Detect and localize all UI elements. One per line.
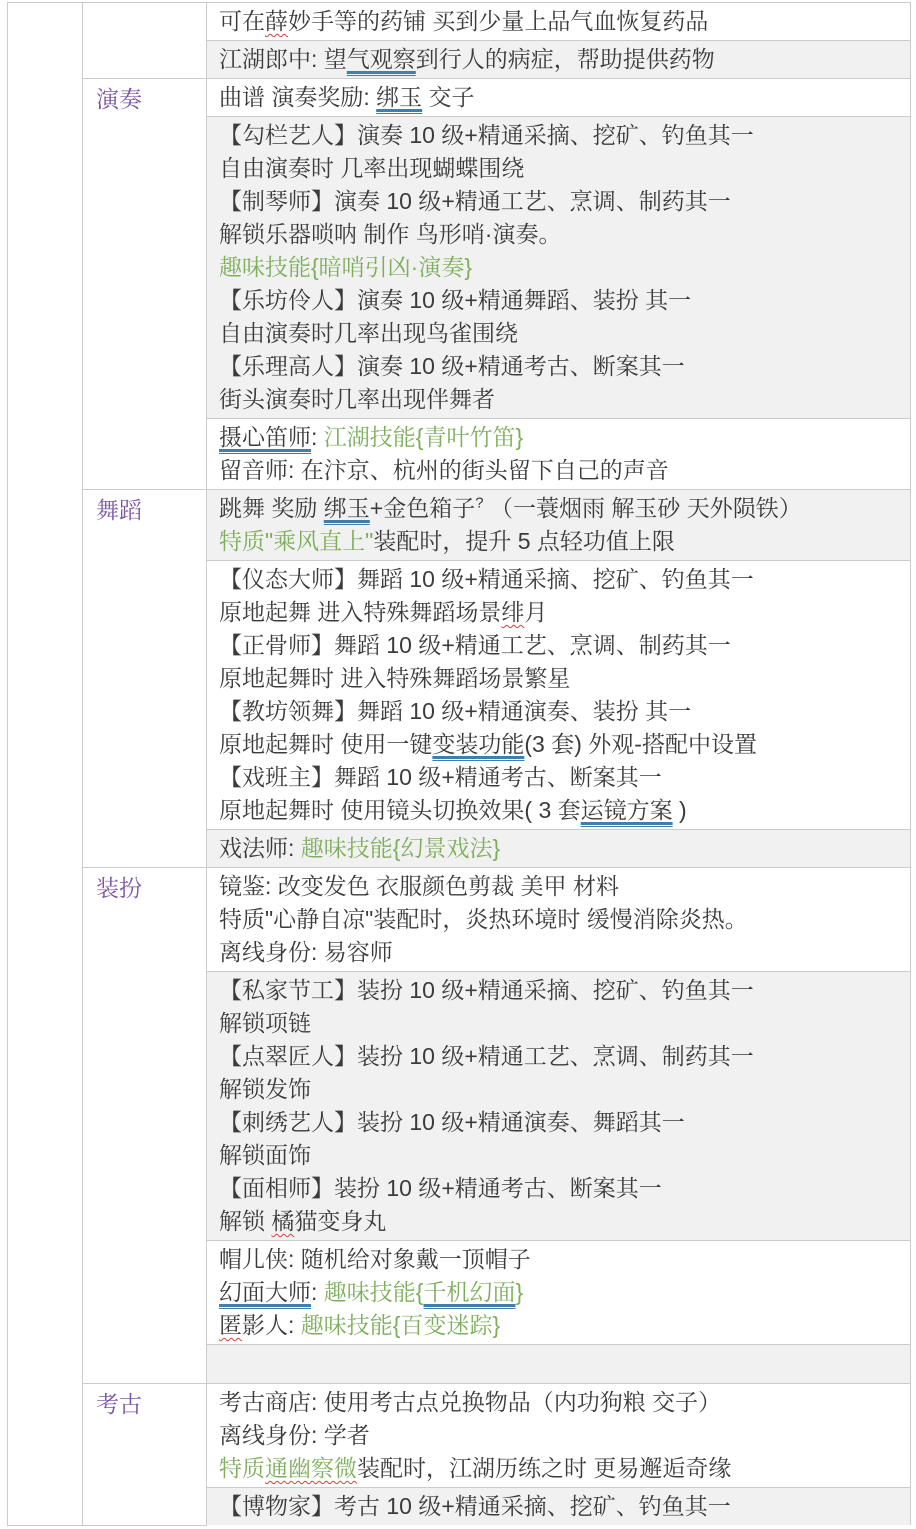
text-segment: 【面相师】装扮 10 级+精通考古、断案其一 [219, 1175, 662, 1201]
text-segment: 【戏班主】舞蹈 10 级+精通考古、断案其一 [219, 764, 662, 790]
text-segment: 绯 [501, 599, 524, 625]
text-line: 离线身份: 学者 [219, 1419, 900, 1452]
text-line: 跳舞 奖励 绑玉+金色箱子? （一蓑烟雨 解玉砂 天外陨铁） [219, 492, 900, 525]
text-line: 【点翠匠人】装扮 10 级+精通工艺、烹调、制药其一 [219, 1040, 900, 1073]
text-segment: 镜鉴: 改变发色 衣服颜色剪裁 美甲 材料 [219, 873, 619, 899]
document-page: 可在薛妙手等的药铺 买到少量上品气血恢复药品江湖郎中: 望气观察到行人的病症，帮… [0, 0, 916, 1526]
text-segment: 薛 [265, 8, 288, 34]
table-row: 演奏曲谱 演奏奖励: 绑玉 交子 [8, 79, 911, 117]
text-line: 【仪态大师】舞蹈 10 级+精通采摘、挖矿、钓鱼其一 [219, 563, 900, 596]
text-line: 匿影人: 趣味技能{百变迷踪} [219, 1309, 900, 1342]
text-segment: 【乐理高人】演奏 10 级+精通考古、断案其一 [219, 353, 685, 379]
text-line: 自由演奏时几率出现鸟雀围绕 [219, 317, 900, 350]
text-segment: 特质 [219, 1455, 265, 1481]
text-segment: 橘 [271, 1208, 294, 1234]
content-cell: 摄心笛师: 江湖技能{青叶竹笛}留音师: 在汴京、杭州的街头留下自己的声音 [207, 419, 911, 490]
text-segment: 千机幻面 [423, 1279, 515, 1305]
text-segment: 原地起舞时 进入特殊舞蹈场景繁星 [219, 665, 570, 691]
text-line: 特质"乘风直上"装配时，提升 5 点轻功值上限 [219, 525, 900, 558]
text-segment: 【仪态大师】舞蹈 10 级+精通采摘、挖矿、钓鱼其一 [219, 566, 754, 592]
text-segment: 特质"心静自凉"装配时，炎热环境时 缓慢消除炎热。 [219, 906, 748, 932]
text-segment: 【私家节工】装扮 10 级+精通采摘、挖矿、钓鱼其一 [219, 977, 754, 1003]
text-segment: ) [673, 797, 687, 823]
text-segment: 原地起舞时 使用镜头切换效果( 3 套 [219, 797, 581, 823]
text-segment: 幻面大师 [219, 1279, 311, 1305]
text-line: 原地起舞时 进入特殊舞蹈场景繁星 [219, 662, 900, 695]
text-segment: 妙手等的药铺 买到少量上品气血恢复药品 [288, 8, 708, 34]
text-segment: 到行人的病症，帮助提供药物 [416, 46, 715, 72]
text-segment: } [515, 1279, 523, 1305]
text-segment: 月 [524, 599, 547, 625]
text-line: 【刺绣艺人】装扮 10 级+精通演奏、舞蹈其一 [219, 1106, 900, 1139]
text-line: 街头演奏时几率出现伴舞者 [219, 383, 900, 416]
table-row: 舞蹈跳舞 奖励 绑玉+金色箱子? （一蓑烟雨 解玉砂 天外陨铁）特质"乘风直上"… [8, 490, 911, 561]
category-cell: 舞蹈 [83, 490, 207, 868]
text-line: 特质通幽察微装配时，江湖历练之时 更易邂逅奇缘 [219, 1452, 900, 1485]
text-segment: 【勾栏艺人】演奏 10 级+精通采摘、挖矿、钓鱼其一 [219, 122, 754, 148]
text-line: 离线身份: 易容师 [219, 936, 900, 969]
text-segment: 跳舞 奖励 [219, 495, 324, 521]
text-segment: 运镜方案 [581, 797, 673, 823]
category-label: 考古 [96, 1391, 142, 1417]
content-cell: 【勾栏艺人】演奏 10 级+精通采摘、挖矿、钓鱼其一自由演奏时 几率出现蝴蝶围绕… [207, 117, 911, 419]
text-segment: 【教坊领舞】舞蹈 10 级+精通演奏、装扮 其一 [219, 698, 691, 724]
text-segment: 趣味技能{暗哨引凶·演奏} [219, 254, 472, 280]
category-label: 舞蹈 [96, 497, 142, 523]
left-gutter-cell [8, 3, 83, 1526]
category-label: 演奏 [96, 86, 142, 112]
text-segment: 交子 [422, 84, 474, 110]
content-cell: 江湖郎中: 望气观察到行人的病症，帮助提供药物 [207, 41, 911, 79]
category-cell: 装扮 [83, 868, 207, 1384]
content-cell: 考古商店: 使用考古点兑换物品（内功狗粮 交子）离线身份: 学者特质通幽察微装配… [207, 1384, 911, 1488]
text-line: 【博物家】考古 10 级+精通采摘、挖矿、钓鱼其一 [219, 1490, 900, 1523]
text-segment: +金色箱子 [370, 495, 475, 521]
text-segment: 自由演奏时几率出现鸟雀围绕 [219, 320, 518, 346]
text-line: 【私家节工】装扮 10 级+精通采摘、挖矿、钓鱼其一 [219, 974, 900, 1007]
text-segment: 考古商店: 使用考古点兑换物品（内功狗粮 交子） [219, 1389, 721, 1415]
skills-table-body: 可在薛妙手等的药铺 买到少量上品气血恢复药品江湖郎中: 望气观察到行人的病症，帮… [8, 3, 911, 1526]
text-segment: 戏法师: [219, 835, 301, 861]
text-line: 【教坊领舞】舞蹈 10 级+精通演奏、装扮 其一 [219, 695, 900, 728]
text-line: 原地起舞时 使用一键变装功能(3 套) 外观-搭配中设置 [219, 728, 900, 761]
text-segment: 留音师: 在汴京、杭州的街头留下自己的声音 [219, 457, 669, 483]
text-line: 考古商店: 使用考古点兑换物品（内功狗粮 交子） [219, 1386, 900, 1419]
content-cell [207, 1345, 911, 1384]
text-segment: 原地起舞 进入特殊舞蹈场景 [219, 599, 501, 625]
text-segment: 装配时，提升 5 点轻功值上限 [373, 528, 675, 554]
text-line: 【面相师】装扮 10 级+精通考古、断案其一 [219, 1172, 900, 1205]
text-segment: 【正骨师】舞蹈 10 级+精通工艺、烹调、制药其一 [219, 632, 731, 658]
text-segment: 自由演奏时 几率出现蝴蝶围绕 [219, 155, 524, 181]
text-segment: 江湖技能{青叶竹笛} [324, 424, 523, 450]
text-line: 解锁乐器唢呐 制作 鸟形哨·演奏。 [219, 218, 900, 251]
text-line: 【制琴师】演奏 10 级+精通工艺、烹调、制药其一 [219, 185, 900, 218]
category-cell [83, 3, 207, 79]
content-cell: 戏法师: 趣味技能{幻景戏法} [207, 830, 911, 868]
text-line: 自由演奏时 几率出现蝴蝶围绕 [219, 152, 900, 185]
text-line: 曲谱 演奏奖励: 绑玉 交子 [219, 81, 900, 114]
text-segment: 趣味技能{ [324, 1279, 424, 1305]
text-line: 【乐坊伶人】演奏 10 级+精通舞蹈、装扮 其一 [219, 284, 900, 317]
text-line: 镜鉴: 改变发色 衣服颜色剪裁 美甲 材料 [219, 870, 900, 903]
content-cell: 可在薛妙手等的药铺 买到少量上品气血恢复药品 [207, 3, 911, 41]
text-line: 特质"心静自凉"装配时，炎热环境时 缓慢消除炎热。 [219, 903, 900, 936]
text-line: 【戏班主】舞蹈 10 级+精通考古、断案其一 [219, 761, 900, 794]
text-segment: 通幽察微 [265, 1455, 357, 1481]
text-line: 摄心笛师: 江湖技能{青叶竹笛} [219, 421, 900, 454]
text-segment: 曲谱 演奏奖励: [219, 84, 376, 110]
text-segment: 离线身份: 学者 [219, 1422, 370, 1448]
content-cell: 【私家节工】装扮 10 级+精通采摘、挖矿、钓鱼其一解锁项链【点翠匠人】装扮 1… [207, 972, 911, 1241]
text-line: 解锁面饰 [219, 1139, 900, 1172]
text-segment: 猫变身丸 [294, 1208, 386, 1234]
text-segment: 影人: [242, 1312, 301, 1338]
text-segment: 解锁发饰 [219, 1076, 311, 1102]
text-segment: （一蓑烟雨 解玉砂 天外陨铁） [484, 495, 802, 521]
text-segment: 解锁项链 [219, 1010, 311, 1036]
text-line: 幻面大师: 趣味技能{千机幻面} [219, 1276, 900, 1309]
content-cell: 【博物家】考古 10 级+精通采摘、挖矿、钓鱼其一 [207, 1488, 911, 1526]
table-row: 考古考古商店: 使用考古点兑换物品（内功狗粮 交子）离线身份: 学者特质通幽察微… [8, 1384, 911, 1488]
text-line: 【正骨师】舞蹈 10 级+精通工艺、烹调、制药其一 [219, 629, 900, 662]
text-segment: 帽儿侠: 随机给对象戴一顶帽子 [219, 1246, 531, 1272]
text-line: 可在薛妙手等的药铺 买到少量上品气血恢复药品 [219, 5, 900, 38]
text-line: 解锁 橘猫变身丸 [219, 1205, 900, 1238]
text-line: 帽儿侠: 随机给对象戴一顶帽子 [219, 1243, 900, 1276]
text-segment: 原地起舞时 使用一键 [219, 731, 432, 757]
text-segment: 【乐坊伶人】演奏 10 级+精通舞蹈、装扮 其一 [219, 287, 691, 313]
text-segment: 【点翠匠人】装扮 10 级+精通工艺、烹调、制药其一 [219, 1043, 754, 1069]
text-segment: 趣味技能{百变迷踪} [301, 1312, 500, 1338]
text-segment: 绑玉 [324, 495, 370, 521]
text-segment: 【刺绣艺人】装扮 10 级+精通演奏、舞蹈其一 [219, 1109, 685, 1135]
text-segment: ? [475, 494, 483, 511]
text-segment: 【制琴师】演奏 10 级+精通工艺、烹调、制药其一 [219, 188, 731, 214]
text-segment: 趣味技能{幻景戏法} [301, 835, 500, 861]
text-segment: 离线身份: 易容师 [219, 939, 393, 965]
table-row: 可在薛妙手等的药铺 买到少量上品气血恢复药品 [8, 3, 911, 41]
table-row: 装扮镜鉴: 改变发色 衣服颜色剪裁 美甲 材料特质"心静自凉"装配时，炎热环境时… [8, 868, 911, 972]
category-label: 装扮 [96, 875, 142, 901]
text-segment: : [311, 1279, 324, 1305]
text-segment: 匿 [219, 1312, 242, 1338]
text-line: 解锁发饰 [219, 1073, 900, 1106]
content-cell: 跳舞 奖励 绑玉+金色箱子? （一蓑烟雨 解玉砂 天外陨铁）特质"乘风直上"装配… [207, 490, 911, 561]
text-segment: 解锁 [219, 1208, 271, 1234]
text-line: 江湖郎中: 望气观察到行人的病症，帮助提供药物 [219, 43, 900, 76]
text-line: 【勾栏艺人】演奏 10 级+精通采摘、挖矿、钓鱼其一 [219, 119, 900, 152]
text-segment: (3 套) 外观-搭配中设置 [524, 731, 757, 757]
text-segment: 解锁面饰 [219, 1142, 311, 1168]
text-segment: 【博物家】考古 10 级+精通采摘、挖矿、钓鱼其一 [219, 1493, 731, 1519]
category-cell: 演奏 [83, 79, 207, 490]
content-cell: 【仪态大师】舞蹈 10 级+精通采摘、挖矿、钓鱼其一原地起舞 进入特殊舞蹈场景绯… [207, 561, 911, 830]
text-segment: 江湖郎中: 望 [219, 46, 347, 72]
text-segment: 解锁乐器唢呐 制作 鸟形哨·演奏。 [219, 221, 561, 247]
content-cell: 曲谱 演奏奖励: 绑玉 交子 [207, 79, 911, 117]
text-line: 趣味技能{暗哨引凶·演奏} [219, 251, 900, 284]
text-line: 戏法师: 趣味技能{幻景戏法} [219, 832, 900, 865]
skills-table: 可在薛妙手等的药铺 买到少量上品气血恢复药品江湖郎中: 望气观察到行人的病症，帮… [7, 2, 911, 1526]
text-segment: : [311, 424, 324, 450]
content-cell: 镜鉴: 改变发色 衣服颜色剪裁 美甲 材料特质"心静自凉"装配时，炎热环境时 缓… [207, 868, 911, 972]
category-cell: 考古 [83, 1384, 207, 1526]
text-segment: 摄心笛师 [219, 424, 311, 450]
text-line: 解锁项链 [219, 1007, 900, 1040]
text-segment: 特质"乘风直上" [219, 528, 373, 554]
text-segment: 街头演奏时几率出现伴舞者 [219, 386, 495, 412]
text-line: 【乐理高人】演奏 10 级+精通考古、断案其一 [219, 350, 900, 383]
text-line: 留音师: 在汴京、杭州的街头留下自己的声音 [219, 454, 900, 487]
text-segment: 装配时，江湖历练之时 更易邂逅奇缘 [357, 1455, 731, 1481]
text-segment: 绑玉 [376, 84, 422, 110]
text-segment: 气观察 [347, 46, 416, 72]
text-segment: 可在 [219, 8, 265, 34]
text-line: 原地起舞时 使用镜头切换效果( 3 套运镜方案 ) [219, 794, 900, 827]
text-segment: 变装功能 [432, 731, 524, 757]
text-line: 原地起舞 进入特殊舞蹈场景绯月 [219, 596, 900, 629]
content-cell: 帽儿侠: 随机给对象戴一顶帽子幻面大师: 趣味技能{千机幻面}匿影人: 趣味技能… [207, 1241, 911, 1345]
